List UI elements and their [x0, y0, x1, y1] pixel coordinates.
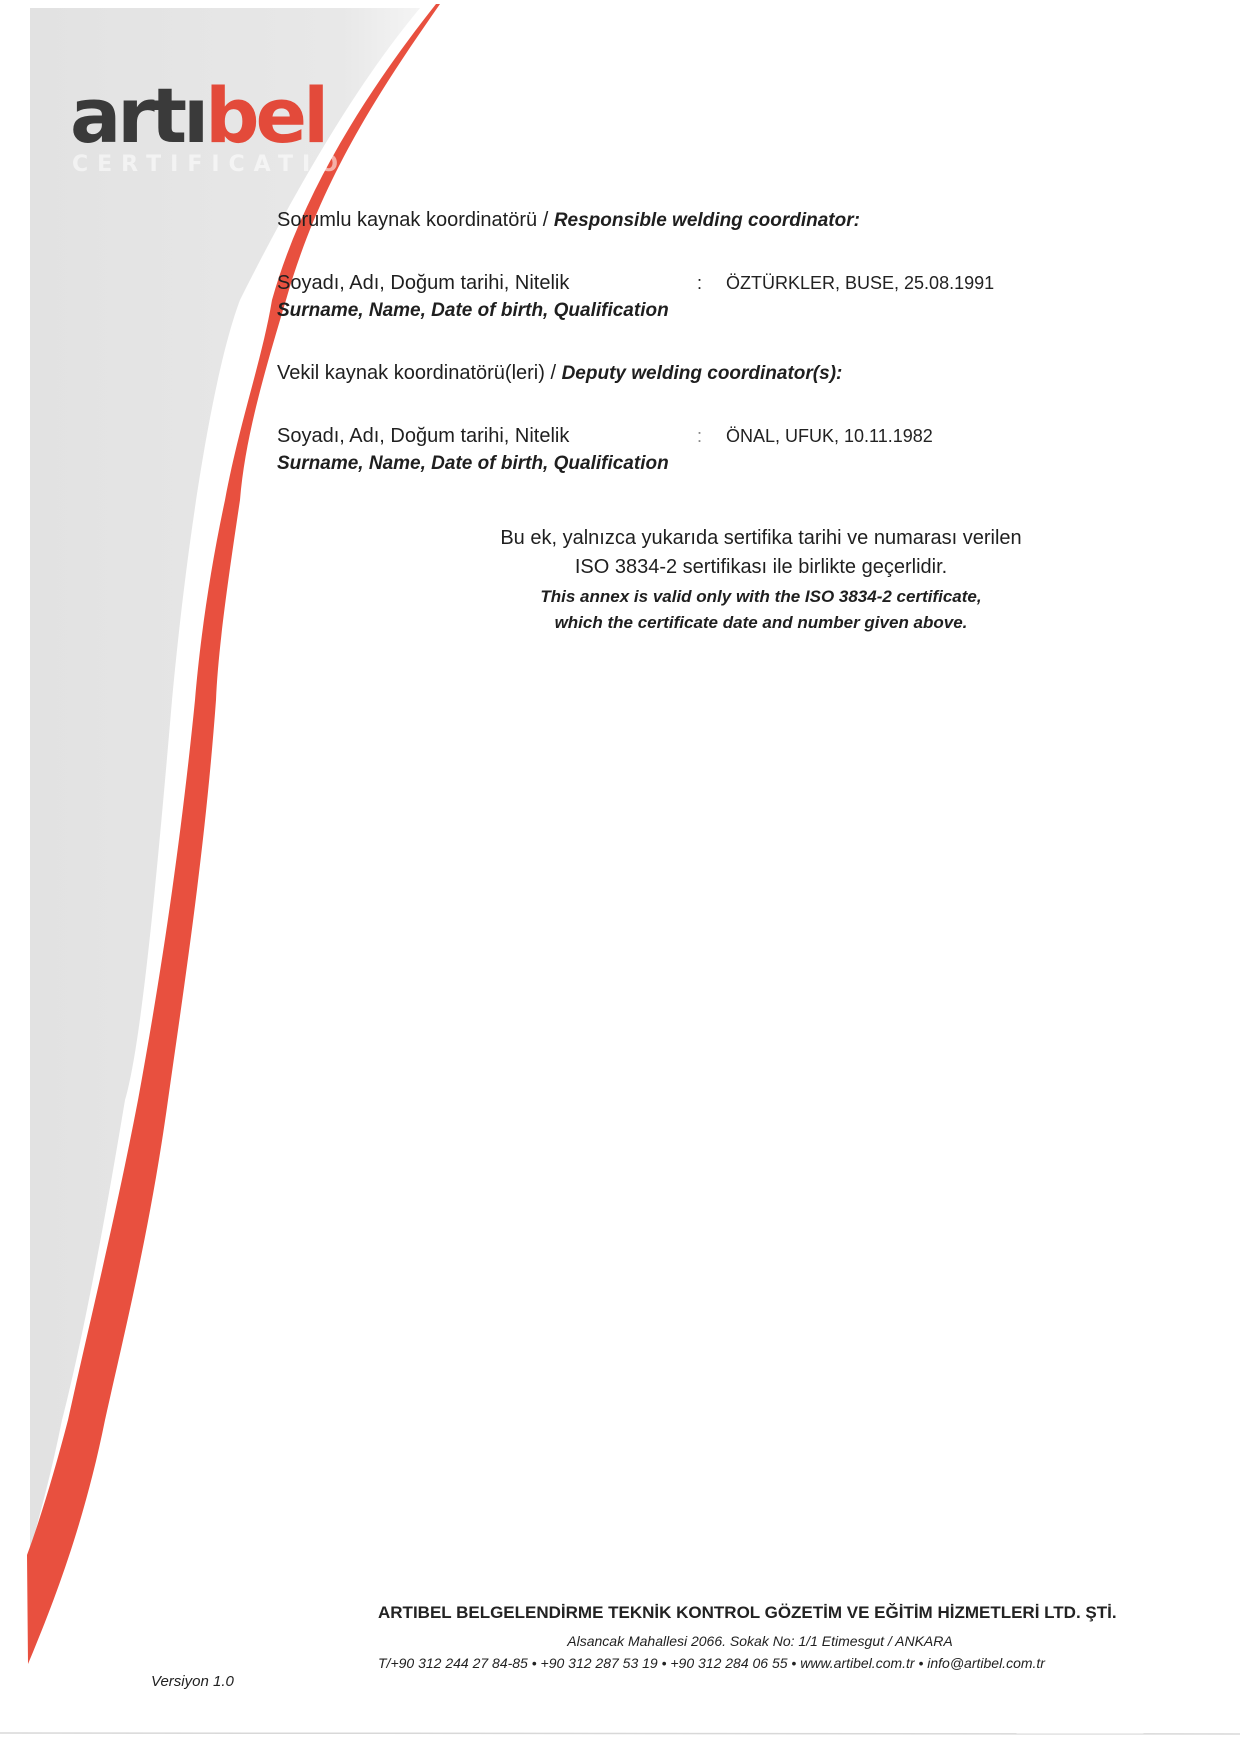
notice-tr-line1: Bu ek, yalnızca yukarıda sertifika tarih… — [421, 527, 1101, 550]
letterhead-background — [0, 0, 1240, 1754]
bottom-rule — [0, 1733, 1240, 1734]
deputy-heading-en: Deputy welding coordinator(s): — [562, 363, 843, 384]
notice-en-line2: which the certificate date and number gi… — [421, 613, 1101, 633]
deputy-heading-tr: Vekil kaynak koordinatörü(leri) / — [277, 362, 562, 384]
footer-company: ARTIBEL BELGELENDİRME TEKNİK KONTROL GÖZ… — [378, 1603, 1117, 1623]
responsible-label-en: Surname, Name, Date of birth, Qualificat… — [277, 300, 669, 322]
deputy-heading: Vekil kaynak koordinatörü(leri) / Deputy… — [277, 362, 842, 385]
logo-tagline: CERTIFICATION — [72, 152, 374, 177]
responsible-label-tr: Soyadı, Adı, Doğum tarihi, Nitelik — [277, 272, 569, 295]
responsible-heading-tr: Sorumlu kaynak koordinatörü / — [277, 209, 554, 231]
deputy-label-en: Surname, Name, Date of birth, Qualificat… — [277, 453, 669, 475]
gray-band — [30, 8, 420, 1552]
footer-contact: T/+90 312 244 27 84-85 • +90 312 287 53 … — [378, 1655, 1045, 1671]
logo-text-red: bel — [205, 71, 325, 160]
responsible-value: ÖZTÜRKLER, BUSE, 25.08.1991 — [726, 273, 994, 294]
artibel-logo: artıbel — [70, 78, 325, 154]
deputy-separator: : — [697, 426, 702, 447]
footer-address: Alsancak Mahallesi 2066. Sokak No: 1/1 E… — [370, 1633, 1150, 1649]
notice-en-line1: This annex is valid only with the ISO 38… — [421, 587, 1101, 607]
responsible-separator: : — [697, 273, 702, 294]
version-label: Versiyon 1.0 — [151, 1673, 234, 1690]
responsible-heading-en: Responsible welding coordinator: — [554, 210, 860, 231]
logo-text-dark: artı — [70, 71, 205, 160]
deputy-label-tr: Soyadı, Adı, Doğum tarihi, Nitelik — [277, 425, 569, 448]
notice-tr-line2: ISO 3834-2 sertifikası ile birlikte geçe… — [421, 556, 1101, 579]
responsible-heading: Sorumlu kaynak koordinatörü / Responsibl… — [277, 209, 860, 232]
deputy-value: ÖNAL, UFUK, 10.11.1982 — [726, 426, 933, 447]
